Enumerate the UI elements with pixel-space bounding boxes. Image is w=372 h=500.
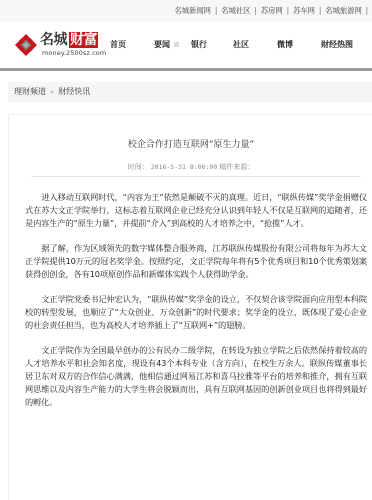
logo-text-caifu: 财富 [69, 32, 98, 48]
publish-time: 2016-5-31 8:06:00 [151, 163, 218, 171]
nav-item-community[interactable]: 社区 [233, 39, 249, 50]
nav-item-home[interactable]: 首页 [110, 39, 126, 50]
article-body: 进入移动互联网时代，“内容为王”依然是颠破不灭的真理。近日，“联纵传媒”奖学金捐… [25, 191, 367, 421]
breadcrumb-separator-icon: » [50, 88, 54, 96]
link-mingcheng-community[interactable]: 名城社区 [221, 6, 250, 15]
time-label: 时间： [128, 163, 149, 171]
site-header: 名城财富 money.2500sz.com 首页 要闻 银行 社区 微博 财经热… [0, 22, 372, 64]
logo-text: 名城财富 [40, 33, 98, 48]
link-mingcheng-news[interactable]: 名城新闻网 [174, 6, 211, 15]
nav-label: 微博 [277, 39, 293, 50]
main-nav: 首页 要闻 银行 社区 微博 财经热图 [110, 36, 353, 52]
nav-label: 首页 [110, 39, 126, 50]
nav-item-bank[interactable]: 银行 [191, 39, 207, 50]
header-divider [0, 68, 372, 71]
nav-label: 财经热图 [321, 39, 353, 50]
link-sufang[interactable]: 苏房网 [261, 6, 283, 15]
breadcrumb: 理财频道»财经快讯 [8, 82, 372, 102]
nav-item-weibo[interactable]: 微博 [277, 39, 293, 50]
link-mingcheng-travel[interactable]: 名城旅游网 [325, 6, 362, 15]
separator: | [319, 6, 321, 15]
partner-links: 名城新闻网|名城社区|苏房网|苏车网|名城旅游网| [174, 5, 372, 16]
article-paragraph: 文正学院作为全国最早创办的公有民办二级学院，在转设为独立学院之后依然保持着较高的… [25, 344, 367, 409]
site-logo[interactable]: 名城财富 money.2500sz.com [15, 33, 115, 57]
source-label: 稿件来源： [219, 163, 254, 171]
article-paragraph: 进入移动互联网时代，“内容为王”依然是颠破不灭的真理。近日，“联纵传媒”奖学金捐… [25, 191, 367, 230]
nav-label: 社区 [233, 39, 249, 50]
link-suche[interactable]: 苏车网 [293, 6, 315, 15]
dropdown-toggle-icon[interactable] [174, 42, 179, 47]
article-container: 校企合作打造互联网“原生力量” 时间：2016-5-31 8:06:00稿件来源… [8, 114, 372, 500]
nav-item-headlines[interactable]: 要闻 [154, 39, 179, 50]
breadcrumb-finance-news[interactable]: 财经快讯 [58, 87, 90, 96]
article-paragraph: 文正学院党委书记仲宏认为，“联纵传媒”奖学金的设立，不仅契合该学院面向应用型本科… [25, 293, 367, 332]
separator: | [366, 6, 368, 15]
separator: | [287, 6, 289, 15]
logo-text-mingcheng: 名城 [40, 32, 67, 48]
nav-item-finance-photos[interactable]: 财经热图 [321, 39, 353, 50]
separator: | [254, 6, 256, 15]
nav-label: 要闻 [154, 39, 170, 50]
separator: | [215, 6, 217, 15]
article-title: 校企合作打造互联网“原生力量” [9, 137, 372, 150]
article-meta: 时间：2016-5-31 8:06:00稿件来源： [9, 162, 372, 172]
logo-url: money.2500sz.com [42, 49, 106, 57]
top-bar: 名城新闻网|名城社区|苏房网|苏车网|名城旅游网| [0, 0, 372, 22]
logo-mark-icon [15, 34, 37, 56]
meta-divider [31, 176, 361, 177]
article-paragraph: 据了解，作为区域领先的数字媒体整合服务商，江苏联纵传媒股份有限公司将每年为苏大文… [25, 242, 367, 281]
nav-label: 银行 [191, 39, 207, 50]
breadcrumb-finance-channel[interactable]: 理财频道 [14, 87, 46, 96]
